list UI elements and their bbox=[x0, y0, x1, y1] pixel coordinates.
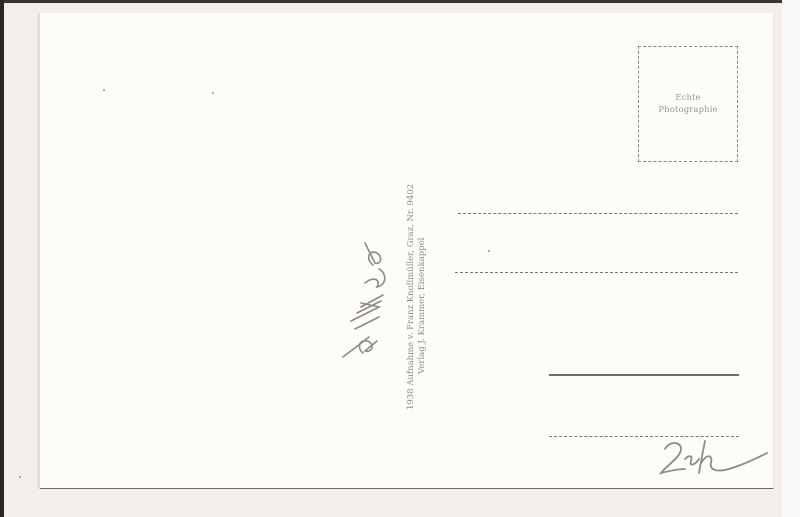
publisher-imprint: 1938 Aufnahme v. Franz Knollmüller, Graz… bbox=[406, 80, 428, 410]
imprint-publisher-line: Verlag J. Krammer, Eisenkappel bbox=[417, 80, 428, 410]
postcard-edge-shadow bbox=[37, 13, 40, 489]
speck bbox=[19, 476, 21, 478]
imprint-photographer-line: 1938 Aufnahme v. Franz Knollmüller, Graz… bbox=[406, 80, 417, 410]
scan-left-edge bbox=[0, 0, 4, 517]
address-line-2 bbox=[455, 272, 738, 273]
handwritten-date-mark: 29 VIII 39 bbox=[335, 225, 395, 365]
scan-top-edge bbox=[0, 0, 800, 3]
address-line-3 bbox=[549, 374, 739, 376]
address-line-1 bbox=[458, 213, 738, 214]
stamp-label-echte: Echte bbox=[675, 92, 700, 104]
scan-right-strip bbox=[782, 0, 800, 517]
stamp-box: Echte Photographie bbox=[638, 46, 738, 162]
speck bbox=[488, 250, 490, 252]
speck bbox=[212, 92, 214, 94]
speck bbox=[103, 89, 105, 91]
stamp-label-photographie: Photographie bbox=[658, 104, 717, 116]
handwritten-note-mark: 2 h bbox=[655, 437, 770, 479]
